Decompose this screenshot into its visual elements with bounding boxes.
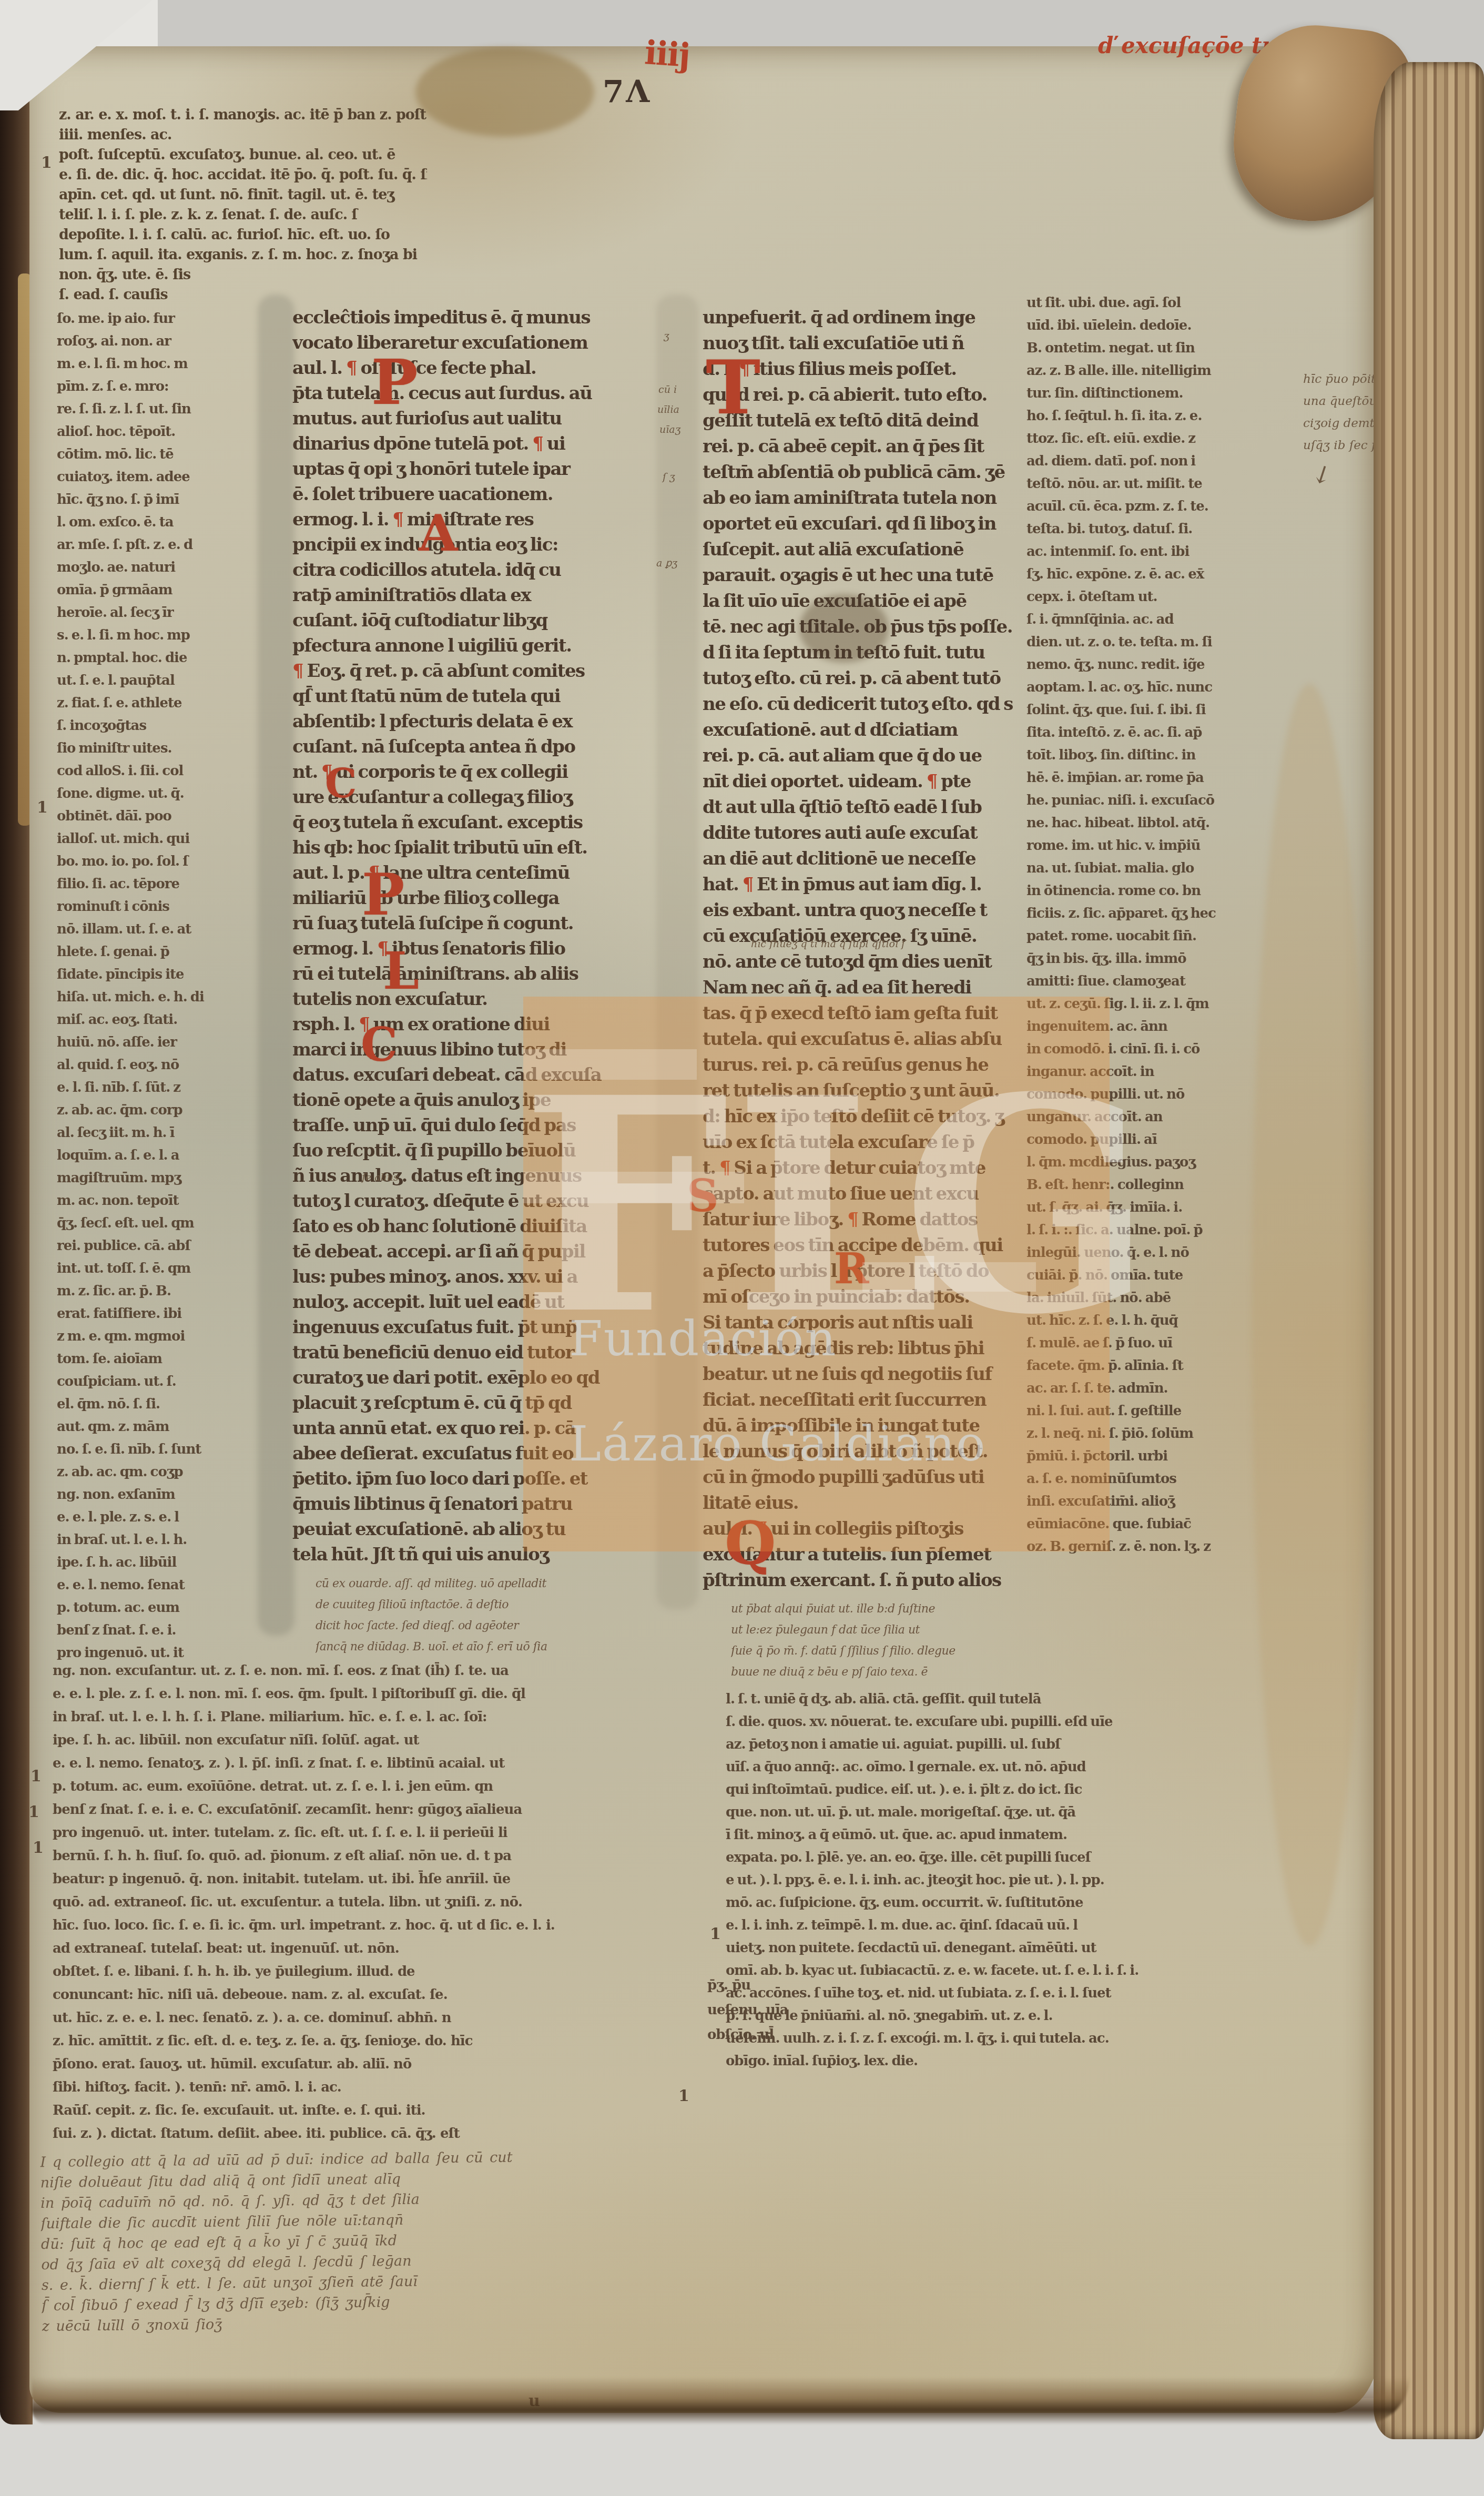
text-line: omīa. p̄ grmāam <box>57 579 272 602</box>
text-line: ¶ Eoʒ. q̄ ret. p. cā abſunt comites <box>292 658 658 684</box>
manuscript-scan: { "page": { "folio_number": "7Λ", "quire… <box>0 0 1484 2496</box>
red-initial-p: P <box>362 867 404 924</box>
text-line: p. totum. ac. eum <box>57 1597 272 1619</box>
text-line: couſpiciam. ut. ſ. <box>57 1371 272 1393</box>
text-line: z m. e. qm. mgmoi <box>57 1325 272 1348</box>
text-line: e. l. i. inh. z. teīmpē. l. m. due. ac. … <box>726 1914 1320 1937</box>
text-line: aoptam. l. ac. oʒ. hīc. nunc <box>1026 676 1310 699</box>
red-initial-c: C <box>325 764 357 804</box>
text-line: uptas q̄ opi ʒ honōri tutele ipar <box>292 456 658 482</box>
text-line: expata. po. l. p̄lē. ye. an. eo. q̄ʒe. i… <box>726 1846 1320 1869</box>
text-line: hiſa. ut. mich. e. h. di <box>57 986 272 1009</box>
text-line: ſ. die. quos. xv. nōuerat. te. excuſare … <box>726 1711 1320 1733</box>
text-line: que. non. ut. uī. p̄. ut. male. morigeſt… <box>726 1801 1320 1824</box>
text-line: amitti: ſiue. clamoʒeat <box>1026 970 1310 993</box>
text-line: obſtet. ſ. e. libani. ſ. h. h. ib. ye p̄… <box>53 1960 789 1983</box>
text-line: quō. ad. extraneoſ. ſic. ut. excuſentur.… <box>53 1891 789 1914</box>
text-line: m. ac. non. tepoīt <box>57 1190 272 1212</box>
margin-mark: 1 <box>41 154 52 172</box>
text-line: na. ut. ſubiat. malia. glo <box>1026 857 1310 880</box>
text-line: pfectura annone l uigiliū gerit. <box>292 633 658 658</box>
text-line: cod alloS. i. ſii. col <box>57 760 272 783</box>
text-line: tom. ſe. aioīam <box>57 1348 272 1371</box>
text-line: hīc. q̄ʒ no. ſ. p̄ imī <box>57 489 272 511</box>
text-line: roſoʒ. ai. non. ar <box>57 330 272 353</box>
text-line: aul. l. ¶ oſt ſuſce fecte phal. <box>292 356 658 381</box>
text-line: heroīe. al. ſecʒ īr <box>57 602 272 624</box>
text-line: e. l. ſi. nīb. ſ. ſūt. z <box>57 1077 272 1099</box>
text-line: al. ſecʒ iit. m. h. ī <box>57 1122 272 1144</box>
gloss-column-left: ſo. me. ip aio. furroſoʒ. ai. non. arm. … <box>57 308 272 1666</box>
text-line: apīn. cet. qd. ut ſunt. nō. finīt. tagil… <box>59 185 427 205</box>
text-line: ne eſo. cū dedicerit tutoʒ eſto. qd s <box>703 692 1023 717</box>
text-line: p̄ſono. erat. ſauoʒ. ut. hūmil. excuſatu… <box>53 2053 789 2076</box>
text-line: e. e. l. ple. z. ſ. e. l. non. mī. ſ. eo… <box>53 1682 789 1706</box>
text-line: tur. ſin. diſtinctionem. <box>1026 382 1310 405</box>
text-line: erat. fatiſfiere. ibi <box>57 1303 272 1325</box>
text-line: n. pmptal. hoc. die <box>57 647 272 669</box>
text-line: miſ. ac. eoʒ. ſtati. <box>57 1009 272 1031</box>
text-line: alioſ. hoc. tēpoīt. <box>57 421 272 443</box>
text-line: lum. ſ. aquil. ita. exganis. z. ſ. m. ho… <box>59 245 427 265</box>
text-line: huiū. nō. aſſe. ier <box>57 1031 272 1054</box>
text-line: m. z. ſic. ar. p̄. B. <box>57 1280 272 1303</box>
text-line: obſcīo. ul̄ <box>707 2023 834 2047</box>
gloss-block-bottom-left: ng. non. excuſantur. ut. z. ſ. e. non. m… <box>53 1659 789 2146</box>
text-line: uīſ. a q̄uo annq̄:. ac. oīmo. l gernale.… <box>726 1756 1320 1779</box>
text-line: toīt. liboʒ. ſin. diſtinc. in <box>1026 744 1310 767</box>
text-line: ut le:ez p̄ulegaun f dat ūce ſilia ut <box>731 1620 1257 1641</box>
text-line: ſo. me. ip aio. fur <box>57 308 272 330</box>
text-line: pīm. z. ſ. e. mro: <box>57 376 272 398</box>
text-line: buue ne diuq̄ z bēu e pſ ſaio texa. ē <box>731 1662 1257 1683</box>
text-line: e. e. l. nemo. ſenat <box>57 1574 272 1597</box>
text-line: p̄ʒ. p̄u <box>707 1973 834 1998</box>
text-line: ipe. ſ. h. ac. libūil. non excuſatur nīſ… <box>53 1729 789 1752</box>
interlinear-note: uīlia <box>657 404 679 415</box>
inserted-note-column-2: ut p̄bat alqui p̄uiat ut. ille b:d ſuſti… <box>731 1599 1257 1684</box>
text-line: qui inſtoīmtaū. pudice. eiſ. ut. ). e. i… <box>726 1779 1320 1801</box>
text-line: ē. ſolet tribuere uacationem. <box>292 482 658 507</box>
text-line: ſidate. pīncipis ite <box>57 963 272 986</box>
text-line: ī ſit. minoʒ. a q̄ eūmō. ut. q̄ue. ac. a… <box>726 1824 1320 1846</box>
text-line: ermog. l. ¶ ibtus ſenatoris filio <box>292 936 658 961</box>
text-line: hat. ¶ Et in p̄mus aut iam dīg. l. <box>703 872 1023 898</box>
text-line: la ſit uīo uīe excuſatiōe ei apē <box>703 589 1023 614</box>
text-line: benſ z ſnat. ſ. e. i. <box>57 1619 272 1642</box>
text-line: non. q̄ʒ. ute. ē. ſis <box>59 265 427 285</box>
text-line: an diē aut dclitionē ue neceſſe <box>703 846 1023 872</box>
watermark-letter-g: G <box>902 1033 1153 1379</box>
book-fore-edge-pages <box>1374 62 1484 2439</box>
text-line: cuſant. nā ſuſcepta antea ñ dpo <box>292 734 658 759</box>
text-line: cepx. i. ōteſtam ut. <box>1026 586 1310 608</box>
text-line: he. puniac. niſi. i. excuſacō <box>1026 789 1310 812</box>
text-line: beatur: p ingenuō. q̄. non. initabit. tu… <box>53 1868 789 1891</box>
interlinear-note: hīc ſhueʒ q̄ tī mā q̄ ſup̄l q̄ſtioī ſ <box>751 938 905 950</box>
bottom-cursive-annotation: I q collegio att q̄ la ad uīū ad p̄ duī:… <box>40 2145 757 2339</box>
text-line: nīt diei oportet. uideam. ¶ pte <box>703 769 1023 795</box>
text-line: nō. ante cē tutoʒd q̄m dies uenīt <box>703 949 1023 975</box>
text-line: l. ſ. t. uniē q̄ dʒ. ab. aliā. ctā. geſſ… <box>726 1688 1320 1711</box>
text-line: pncipii ex indulgentia eoʒ lic: <box>292 532 658 557</box>
text-line: ab eo iam aminiſtrata tutela non <box>703 485 1023 511</box>
text-line: p̄ta tutelam. cecus aut ſurdus. aū <box>292 381 658 406</box>
text-line: ut ſit. ubi. due. agī. ſol <box>1026 292 1310 314</box>
gloss-block-top-left: z. ar. e. x. moſ. t. i. ſ. manoʒis. ac. … <box>59 105 427 306</box>
text-line: s. e. l. ſi. m hoc. mp <box>57 624 272 647</box>
text-line: tutoʒ eſto. cū rei. p. cā abent tutō <box>703 666 1023 692</box>
text-line: ſone. digme. ut. q̄. <box>57 783 272 805</box>
text-line: in braſ. ut. l. e. l. h. ſ. i. Plane. mi… <box>53 1706 789 1729</box>
text-line: ad extraneaſ. tutelaſ. beat: ut. ingenuū… <box>53 1937 789 1960</box>
text-line: citra codicillos atutela. idq̄ cu <box>292 557 658 583</box>
text-line: d ſi ita ſeptum in teſtō fuit. tutu <box>703 640 1023 666</box>
text-line: rū ſuaʒ tutelā ſuſcipe ñ cogunt. <box>292 911 658 936</box>
text-line: qſ̄ unt ſtatū nūm de tutela qui <box>292 684 658 709</box>
text-line: ar. mſe. ſ. pſt. z. e. d <box>57 534 272 556</box>
text-line: al. quid. ſ. eoʒ. nō <box>57 1054 272 1077</box>
margin-mark: 1 <box>710 1925 721 1943</box>
text-line: ho. ſ. ſeq̄tul. h. ſi. ita. z. e. <box>1026 405 1310 428</box>
text-line: ialloſ. ut. mich. qui <box>57 828 272 850</box>
text-line: el. q̄m. nō. ſ. ſi. <box>57 1393 272 1416</box>
text-line: bo. mo. io. po. ſol. ſ <box>57 850 272 873</box>
text-line: q̄ʒ in bis. q̄ʒ. illa. immō <box>1026 948 1310 970</box>
text-line: obīgo. inīal. ſup̄ioʒ. lex. die. <box>726 2050 1320 2073</box>
text-line: tē. nec agi tſitale. ob p̄us tp̄s poſſe. <box>703 614 1023 640</box>
text-line: teſtm̄ abſentiā ob publicā cām. ʒē <box>703 460 1023 485</box>
text-line: ſui. z. ). dictat. ſtatum. deſiit. abee.… <box>53 2122 789 2145</box>
text-line: filio. ſi. ac. tēpore <box>57 873 272 896</box>
text-line: benſ z ſnat. ſ. e. i. e. C. excuſatōniſ.… <box>53 1798 789 1821</box>
margin-mark: 1 <box>37 798 48 817</box>
text-line: rei. p. cā abeē cepit. an q̄ p̄es ſit <box>703 434 1023 460</box>
interlinear-note: a ꝑʒ <box>656 557 677 569</box>
text-line: hīc. ſuo. loco. ſic. ſ. e. ſi. ic. q̄m. … <box>53 1914 789 1937</box>
interlinear-note: ſe alius <box>362 1172 399 1183</box>
text-line: dinarius dpōne tutelā pot. ¶ ui <box>292 431 658 456</box>
text-line: teliſ. l. i. ſ. ple. z. k. z. ſenat. ſ. … <box>59 205 427 225</box>
text-line: ſ. incoʒoḡtas <box>57 715 272 737</box>
text-line: miliariū ab urbe filioʒ collega <box>292 886 658 911</box>
text-line: ratp̄ aminiſtratiōs dlata ex <box>292 583 658 608</box>
text-line: hlete. ſ. genai. p̄ <box>57 941 272 963</box>
text-line: depoſite. l. i. ſ. calū. ac. furioſ. hīc… <box>59 225 427 245</box>
text-line: mutus. aut furioſus aut ualitu <box>292 406 658 431</box>
text-line: l. om. exſco. ē. ta <box>57 511 272 534</box>
text-line: ut p̄bat alqui p̄uiat ut. ille b:d ſuſti… <box>731 1599 1257 1620</box>
text-line: uietʒ. non puitete. ſecdactū uī. denegan… <box>726 1937 1320 1960</box>
text-line: excuſationē. aut d dſciatiam <box>703 717 1023 743</box>
red-initial-l: L <box>383 946 419 997</box>
text-line: ſuſcepit. aut aliā excuſationē <box>703 537 1023 563</box>
red-initial-a: A <box>419 508 458 559</box>
text-line: ut. hīc. z. e. e. l. nec. ſenatō. z. ). … <box>53 2006 789 2030</box>
text-line: moʒlo. ae. naturi <box>57 556 272 579</box>
text-line: teſtō. nōu. ar. ut. miſit. te <box>1026 473 1310 495</box>
text-line: rominuſt i cōnis <box>57 896 272 918</box>
text-line: teſta. bi. tutoʒ. datuſ. ſi. <box>1026 518 1310 541</box>
interlinear-note: ſ ʒ <box>663 471 675 483</box>
text-line: dicit hoc ſacte. ſed dieqſ. od agēoter <box>316 1616 789 1637</box>
text-line: re. ſ. ſi. z. l. ſ. ut. ſin <box>57 398 272 421</box>
interlinear-note: ʒ <box>664 330 669 342</box>
text-line: ſita. inteſtō. z. ē. ac. ſi. ap̄ <box>1026 722 1310 744</box>
text-line: dien. ut. z. o. te. teſta. m. ſi <box>1026 631 1310 654</box>
text-line: ſ. i. q̄mnſq̄inia. ac. ad <box>1026 608 1310 631</box>
text-line: az. p̄etoʒ non i amatie ui. aguiat. pupi… <box>726 1733 1320 1756</box>
stain-top-center <box>415 47 594 137</box>
interlinear-note: uīaʒ <box>659 424 680 435</box>
red-initial-t: T <box>706 351 760 425</box>
text-line: in ōtinencia. rome co. bn <box>1026 880 1310 902</box>
text-line: oportet eū excuſari. qd ſi liboʒ in <box>703 511 1023 537</box>
text-line: ficiis. z. ſic. ap̄paret. q̄ʒ hec <box>1026 902 1310 925</box>
margin-mark: 1 <box>678 2087 689 2105</box>
text-line: magiſtruūm. mpʒ <box>57 1167 272 1190</box>
text-line: ad. diem. datī. poſ. non i <box>1026 450 1310 473</box>
text-line: e. e. l. ple. z. s. e. l <box>57 1506 272 1529</box>
text-line: e ut. ). l. ppʒ. ē. e. l. i. inh. ac. jt… <box>726 1869 1320 1892</box>
text-line: abſentib: l pfecturis delata ē ex <box>292 709 658 734</box>
text-line: nō. illam. ut. ſ. e. at <box>57 918 272 941</box>
text-line: z. ar. e. x. moſ. t. i. ſ. manoʒis. ac. … <box>59 105 427 125</box>
text-line: cuiatoʒ. item. adee <box>57 466 272 489</box>
text-line: cōtim. mō. lic. tē <box>57 443 272 466</box>
text-line: ng. non. exſanīm <box>57 1484 272 1506</box>
margin-mark: 1 <box>31 1767 42 1785</box>
text-line: nemo. q̄ʒ. nunc. redit. ig̃e <box>1026 654 1310 676</box>
page-bottom-edge-shadow <box>32 2377 1409 2424</box>
text-line: q̄ʒ. ſecſ. eſt. uel. qm <box>57 1212 272 1235</box>
text-line: pro ingenuō. ut. inter. tutelam. z. ſic.… <box>53 1821 789 1844</box>
text-line: acuīl. cū. ēca. pzm. z. ſ. te. <box>1026 495 1310 518</box>
text-line: q̄ eoʒ tutela ñ excuſant. exceptis <box>292 810 658 835</box>
text-line: uīd. ibi. uīelein. dedoīe. <box>1026 314 1310 337</box>
text-line: ſʒ. hīc. expōne. z. ē. ac. ex̄ <box>1026 563 1310 586</box>
text-line: ut. ſ. e. l. paup̄tal <box>57 669 272 692</box>
text-line: ſolint. q̄ʒ. que. ſui. ſ. ibi. ſi <box>1026 699 1310 722</box>
red-initial-p: P <box>371 351 418 413</box>
text-line: vocato liberaretur excuſationem <box>292 330 658 356</box>
text-line: ſ. ead. ſ. cauſis <box>59 285 427 305</box>
interlinear-note: cū i <box>658 384 677 395</box>
column-2-tail-fragment: p̄ʒ. p̄uueſenu. uīaobſcīo. ul̄ <box>707 1973 834 2049</box>
folio-number: 7Λ <box>603 74 652 109</box>
text-line: rei. p. cā. aut aliam que q̄ do ue <box>703 743 1023 769</box>
red-initial-c: C <box>361 1021 398 1068</box>
text-line: aut. qm. z. mām <box>57 1416 272 1438</box>
text-line: e. e. l. nemo. ſenatoʒ. z. ). l. p̄ſ. in… <box>53 1752 789 1775</box>
text-line: ſancq̄ ne diūdag. B. uoī. et aīo f. erī … <box>316 1637 789 1658</box>
margin-mark: 1 <box>28 1803 39 1821</box>
text-line: az. z. B alle. ille. nitelligim <box>1026 360 1310 382</box>
text-line: e. ſi. de. dic. q̄. hoc. accidat. itē p̄… <box>59 165 427 185</box>
text-line: ne. hac. hibeat. libtol. atq̄. <box>1026 812 1310 835</box>
text-line: ac. intenmiſ. ſo. ent. ibi <box>1026 541 1310 563</box>
text-line: ueſenu. uīa <box>707 1998 834 2023</box>
text-line: dt aut ulla q̄ſtiō teſtō eadē l ſub <box>703 795 1023 820</box>
text-line: ipe. ſ. h. ac. libūil <box>57 1551 272 1574</box>
text-line: p. totum. ac. eum. exoīūōne. detrat. ut.… <box>53 1775 789 1798</box>
text-line: B. ontetim. negat. ut ſin <box>1026 337 1310 360</box>
text-line: his qb: hoc ſpialit tributū uīn eſt. <box>292 835 658 860</box>
text-line: z. ab. ac. qm. coʒp <box>57 1461 272 1484</box>
quire-numeral: iiij <box>644 33 691 75</box>
margin-mark: 1 <box>33 1839 44 1857</box>
text-line: ng. non. excuſantur. ut. z. ſ. e. non. m… <box>53 1659 789 1682</box>
text-line: iiii. menſes. ac. <box>59 125 427 145</box>
text-line: eis exbant. untra quoʒ neceſſe t <box>703 898 1023 924</box>
text-line: rome. im. ut hic. v. imp̄iū <box>1026 835 1310 857</box>
text-line: hē. ē. imp̄ian. ar. rome p̄a <box>1026 767 1310 789</box>
watermark-text-line1: Fundación <box>569 1311 837 1367</box>
text-line: rū ei tutelā āminiſtrans. ab aliis <box>292 961 658 987</box>
text-line: loquīm. a. ſ. e. l. a <box>57 1144 272 1167</box>
text-line: no. ſ. e. ſi. nīb. ſ. ſunt <box>57 1438 272 1461</box>
text-line: rei. publice. cā. abſ <box>57 1235 272 1257</box>
text-line: ſio miniſtr uites. <box>57 737 272 760</box>
text-line: ttoz. ſic. eſt. eiū. exdie. z <box>1026 428 1310 450</box>
text-line: ſuie q̄ p̄o m̄. f. datū ſ ſſilius ſ fili… <box>731 1641 1257 1662</box>
text-line: int. ut. toſſ. ſ. ē. qm <box>57 1257 272 1280</box>
text-line: eccleĉtiois impeditus ē. q̄ munus <box>292 305 658 330</box>
text-line: patet. rome. uocabit ſin̄. <box>1026 925 1310 948</box>
text-line: z. ab. ac. q̄m. corp <box>57 1099 272 1122</box>
text-line: bernū. ſ. h. h. ſiuſ. ſo. quō. ad. p̄ion… <box>53 1844 789 1868</box>
text-line: ermog. l. i. ¶ miniſtrate res <box>292 507 658 532</box>
text-line: z. hīc. amīttit. z ſic. eſt. d. e. teʒ. … <box>53 2030 789 2053</box>
text-line: obtinēt. dāī. poo <box>57 805 272 828</box>
text-line: conuncant: hīc. niſi uā. debeoue. nam. z… <box>53 1983 789 2006</box>
text-line: mō. ac. ſuſpicione. q̄ʒ. eum. occurrit. … <box>726 1892 1320 1914</box>
watermark-text-line2: Lázaro Galdiano <box>569 1416 986 1472</box>
text-line: cuſant. iōq̄ cuſtodiatur libʒq <box>292 608 658 633</box>
text-line: aut. l. p. ¶ lane ultra centeſimū <box>292 860 658 886</box>
text-line: de cuuiteg ſilioū inſtactōe. ā deſtio <box>316 1595 789 1616</box>
text-line: z. fiat. ſ. e. athlete <box>57 692 272 715</box>
text-line: in braſ. ut. l. e. l. h. <box>57 1529 272 1551</box>
text-line: ddite tutores auti auſe excuſat <box>703 820 1023 846</box>
text-line: unpefuerit. q̄ ad ordinem inge <box>703 305 1023 331</box>
text-line: parauit. oʒagis ē ut hec una tutē <box>703 563 1023 589</box>
text-line: poſt. ſuſceptū. excuſatoʒ. bunue. al. ce… <box>59 145 427 165</box>
text-line: m. e. l. ſi. m hoc. m <box>57 353 272 376</box>
